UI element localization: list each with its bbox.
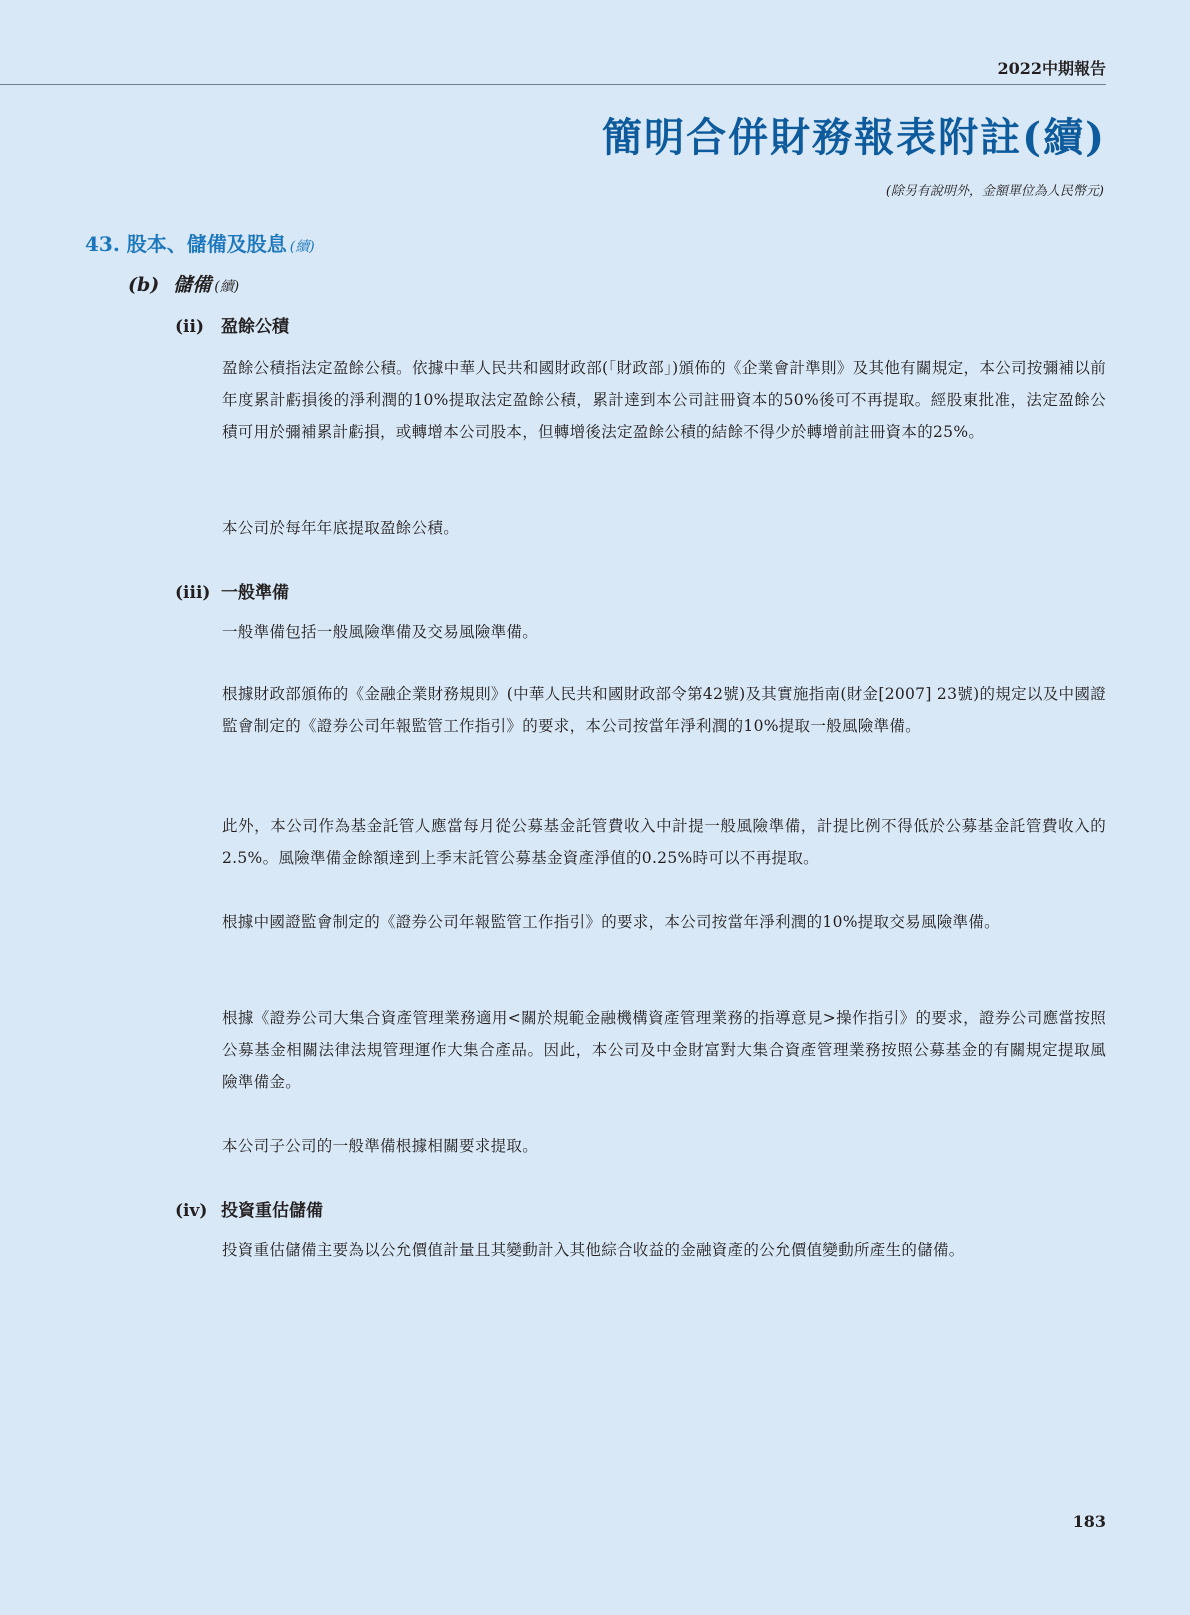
header-rule (0, 84, 1106, 85)
paragraph: 根據財政部頒佈的《金融企業財務規則》(中華人民共和國財政部令第42號)及其實施指… (222, 678, 1106, 742)
item-heading-surplus-reserve: (ii)盈餘公積 (175, 312, 289, 337)
section-number: 43. (85, 232, 120, 256)
page-subtitle: (除另有說明外，金額單位為人民幣元) (886, 180, 1104, 199)
item-number: (ii) (175, 317, 221, 337)
page-title: 簡明合併財務報表附註(續) (602, 106, 1106, 163)
subsection-letter: (b) (128, 274, 159, 296)
paragraph: 根據中國證監會制定的《證券公司年報監管工作指引》的要求，本公司按當年淨利潤的10… (222, 906, 1106, 938)
paragraph: 一般準備包括一般風險準備及交易風險準備。 (222, 616, 1106, 648)
paragraph: 本公司於每年年底提取盈餘公積。 (222, 512, 1106, 544)
paragraph: 投資重估儲備主要為以公允價值計量且其變動計入其他綜合收益的金融資產的公允價值變動… (222, 1234, 1106, 1266)
paragraph: 盈餘公積指法定盈餘公積。依據中華人民共和國財政部(「財政部」)頒佈的《企業會計準… (222, 352, 1106, 448)
subsection-title: 儲備 (173, 274, 211, 296)
subsection-continued: (續) (214, 279, 239, 295)
section-heading: 43. 股本、儲備及股息(續) (85, 228, 315, 257)
item-title: 盈餘公積 (221, 317, 289, 337)
item-number: (iv) (175, 1201, 221, 1221)
page-number: 183 (1073, 1512, 1106, 1531)
section-continued: (續) (290, 239, 315, 255)
section-title: 股本、儲備及股息 (127, 232, 287, 256)
item-heading-investment-revaluation-reserve: (iv)投資重估儲備 (175, 1196, 323, 1221)
item-heading-general-reserve: (iii)一般準備 (175, 578, 289, 603)
item-number: (iii) (175, 583, 221, 603)
paragraph: 根據《證券公司大集合資產管理業務適用<關於規範金融機構資產管理業務的指導意見>操… (222, 1002, 1106, 1098)
report-label: 2022中期報告 (997, 56, 1106, 79)
paragraph: 此外，本公司作為基金託管人應當每月從公募基金託管費收入中計提一般風險準備，計提比… (222, 810, 1106, 874)
item-title: 投資重估儲備 (221, 1201, 323, 1221)
paragraph: 本公司子公司的一般準備根據相關要求提取。 (222, 1130, 1106, 1162)
subsection-heading: (b)儲備(續) (128, 270, 239, 297)
item-title: 一般準備 (221, 583, 289, 603)
